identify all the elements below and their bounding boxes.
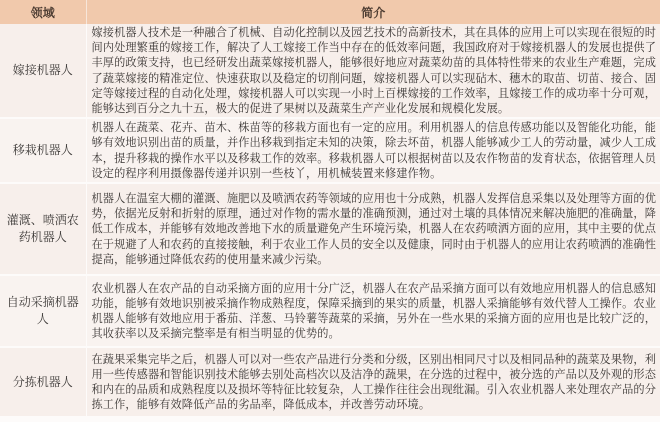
intro-cell: 嫁接机器人技术是一种融合了机械、自动化控制以及园艺技术的高新技术，其在具体的应用… [86, 24, 660, 118]
intro-cell: 机器人在蔬菜、花卉、苗木、株苗等的移栽方面也有一定的应用。利用机器人的信息传感功… [86, 118, 660, 183]
domain-cell: 嫁接机器人 [0, 24, 86, 118]
domain-cell: 灌溉、喷洒农药机器人 [0, 183, 86, 275]
domain-cell: 自动采摘机器人 [0, 275, 86, 347]
header-row: 领域 简介 [0, 0, 660, 24]
intro-cell: 农业机器人在农产品的自动采摘方面的应用十分广泛，机器人在农产品采摘方面可以有效地… [86, 275, 660, 347]
table-row: 嫁接机器人 嫁接机器人技术是一种融合了机械、自动化控制以及园艺技术的高新技术，其… [0, 24, 660, 118]
intro-cell: 在蔬果采集完毕之后，机器人可以对一些农产品进行分类和分级，区别出相同尺寸以及相同… [86, 347, 660, 417]
bottom-margin [0, 418, 660, 422]
intro-cell: 机器人在温室大棚的灌溉、施肥以及喷洒农药等领域的应用也十分成熟，机器人发挥信息采… [86, 183, 660, 275]
header-domain: 领域 [0, 0, 86, 24]
table-row: 灌溉、喷洒农药机器人 机器人在温室大棚的灌溉、施肥以及喷洒农药等领域的应用也十分… [0, 183, 660, 275]
table-row: 自动采摘机器人 农业机器人在农产品的自动采摘方面的应用十分广泛，机器人在农产品采… [0, 275, 660, 347]
table-row: 移栽机器人 机器人在蔬菜、花卉、苗木、株苗等的移栽方面也有一定的应用。利用机器人… [0, 118, 660, 183]
table-body: 嫁接机器人 嫁接机器人技术是一种融合了机械、自动化控制以及园艺技术的高新技术，其… [0, 24, 660, 417]
agricultural-robots-table: 领域 简介 嫁接机器人 嫁接机器人技术是一种融合了机械、自动化控制以及园艺技术的… [0, 0, 660, 418]
domain-cell: 移栽机器人 [0, 118, 86, 183]
header-intro: 简介 [86, 0, 660, 24]
domain-cell: 分拣机器人 [0, 347, 86, 417]
table-header: 领域 简介 [0, 0, 660, 24]
table-row: 分拣机器人 在蔬果采集完毕之后，机器人可以对一些农产品进行分类和分级，区别出相同… [0, 347, 660, 417]
